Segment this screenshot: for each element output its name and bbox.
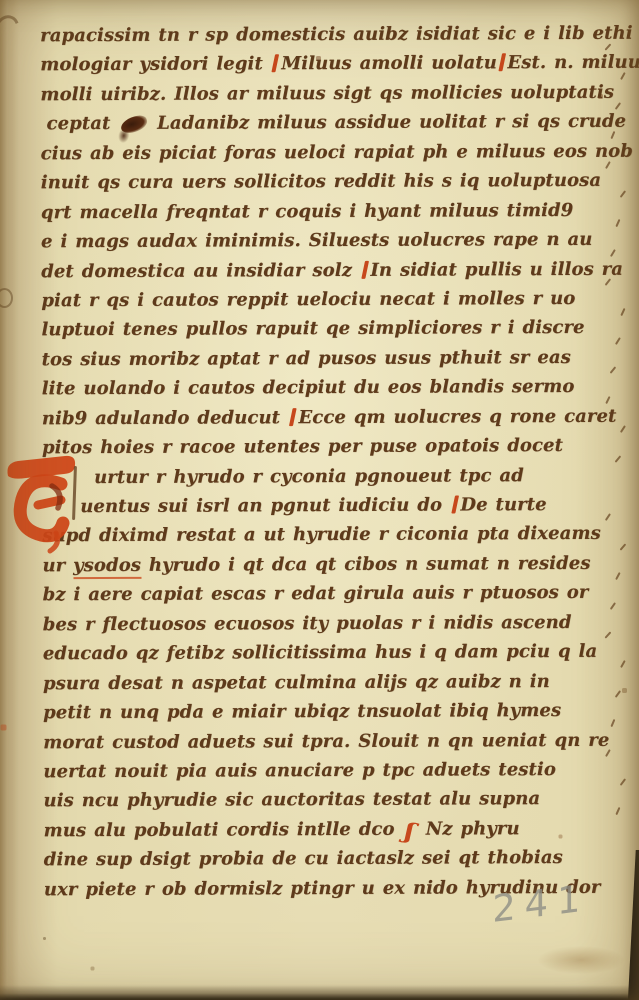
margin-tick xyxy=(620,72,626,80)
manuscript-page: rapacissim tn r sp domesticis auibz isid… xyxy=(0,0,639,1000)
text-segment: lite uolando i cautos decipiut du eos bl… xyxy=(42,376,575,399)
text-segment: hyrudo i qt dca qt cibos n sumat n resid… xyxy=(141,553,591,576)
text-segment: In sidiat pullis u illos ra xyxy=(370,258,623,280)
text-line: nib9 adulando deducut Ecce qm uolucres q… xyxy=(42,401,622,433)
text-segment: ysodos xyxy=(73,555,141,579)
text-segment: mus alu pobulati cordis intlle dco xyxy=(44,819,403,842)
text-segment: det domestica au insidiar solz xyxy=(41,259,360,281)
rubricated-initial-T: T xyxy=(5,452,79,556)
text-segment: Est. n. miluus xyxy=(507,52,639,74)
text-line: qrt macella freqntat r coquis i hyant mi… xyxy=(41,195,621,227)
text-line: molli uiribz. Illos ar miluus sigt qs mo… xyxy=(40,78,620,110)
text-line: mus alu pobulati cordis intlle dco ʃ Nz … xyxy=(44,814,624,846)
text-line: dine sup dsigt probia de cu iactaslz sei… xyxy=(44,843,624,875)
text-line: morat custod aduets sui tpra. Slouit n q… xyxy=(43,725,623,757)
text-line: supd diximd restat a ut hyrudie r ciconi… xyxy=(42,519,622,551)
text-line: uis ncu phyrudie sic auctoritas testat a… xyxy=(43,784,623,816)
text-line: mologiar ysidori legit Miluus amolli uol… xyxy=(40,48,620,80)
text-segment: inuit qs cura uers sollicitos reddit his… xyxy=(41,170,601,193)
text-line: ceptat Ladanibz miluus assidue uolitat r… xyxy=(40,107,620,139)
page-bottom-edge xyxy=(0,985,639,1000)
text-segment: qrt macella freqntat r coquis i hyant mi… xyxy=(41,200,574,223)
text-segment: bz i aere capiat escas r edat girula aui… xyxy=(43,582,589,605)
text-segment: educado qz fetibz sollicitissima hus i q… xyxy=(43,641,597,664)
ink-blot xyxy=(119,114,149,136)
text-segment: rapacissim tn r sp domesticis auibz isid… xyxy=(40,23,633,47)
text-segment: Nz phyru xyxy=(418,818,520,839)
text-segment: Ecce qm uolucres q rone caret xyxy=(298,405,616,427)
text-segment: uertat nouit pia auis anuciare p tpc adu… xyxy=(43,759,556,782)
text-line: piat r qs i cautos reppit uelociu necat … xyxy=(41,284,621,316)
text-line: educado qz fetibz sollicitissima hus i q… xyxy=(43,637,623,669)
text-segment: psura desat n aspetat culmina alijs qz a… xyxy=(43,671,550,694)
text-lines: rapacissim tn r sp domesticis auibz isid… xyxy=(40,19,624,905)
text-segment: morat custod aduets sui tpra. Slouit n q… xyxy=(43,729,609,752)
text-line: inuit qs cura uers sollicitos reddit his… xyxy=(41,166,621,198)
text-line: det domestica au insidiar solz In sidiat… xyxy=(41,254,621,286)
dark-corner xyxy=(626,850,639,1000)
text-line: urtur r hyrudo r cyconia pgnoueut tpc ad xyxy=(42,460,622,492)
text-line: bz i aere capiat escas r edat girula aui… xyxy=(43,578,623,610)
text-segment: piat r qs i cautos reppit uelociu necat … xyxy=(41,288,575,311)
rubric-stroke xyxy=(498,54,505,72)
binding-hole-mark xyxy=(0,12,23,47)
text-line: tos sius moribz aptat r ad pusos usus pt… xyxy=(41,343,621,375)
text-segment: dine sup dsigt probia de cu iactaslz sei… xyxy=(44,847,563,870)
text-segment: Miluus amolli uolatu xyxy=(281,53,497,75)
text-line: luptuoi tenes pullos rapuit qe simplicio… xyxy=(41,313,621,345)
rubric-stroke xyxy=(451,495,458,513)
rubric-stroke xyxy=(361,260,368,278)
stain xyxy=(538,946,624,974)
text-segment: nib9 adulando deducut xyxy=(42,407,288,429)
text-line: uentus sui isrl an pgnut iudiciu do De t… xyxy=(42,490,622,522)
text-segment: e i mags audax iminimis. Siluests uolucr… xyxy=(41,229,592,252)
text-segment: bes r flectuosos ecuosos ity puolas r i … xyxy=(43,612,572,635)
text-segment: petit n unq pda e miair ubiqz tnsuolat i… xyxy=(43,700,561,723)
text-line: ur ysodos hyrudo i qt dca qt cibos n sum… xyxy=(42,549,622,581)
text-segment: molli uiribz. Illos ar miluus sigt qs mo… xyxy=(40,82,614,106)
text-segment: ur xyxy=(42,555,73,576)
text-segment: tos sius moribz aptat r ad pusos usus pt… xyxy=(42,347,571,370)
text-line: lite uolando i cautos decipiut du eos bl… xyxy=(42,372,622,404)
rubric-stroke xyxy=(289,408,296,426)
lombardic-initial-glyph xyxy=(5,452,79,556)
text-block: rapacissim tn r sp domesticis auibz isid… xyxy=(40,19,624,905)
text-line: bes r flectuosos ecuosos ity puolas r i … xyxy=(43,607,623,639)
text-segment: luptuoi tenes pullos rapuit qe simplicio… xyxy=(41,317,584,340)
text-line: psura desat n aspetat culmina alijs qz a… xyxy=(43,666,623,698)
text-segment: uentus sui isrl an pgnut iudiciu do xyxy=(80,494,450,517)
text-segment: De turte xyxy=(460,494,546,515)
text-segment: cius ab eis piciat foras ueloci rapiat p… xyxy=(41,140,633,164)
text-segment: ceptat xyxy=(46,113,118,134)
text-segment: urtur r hyrudo r cyconia pgnoueut tpc ad xyxy=(94,465,524,488)
text-segment: mologiar ysidori legit xyxy=(40,54,271,76)
text-segment: uis ncu phyrudie sic auctoritas testat a… xyxy=(43,788,540,811)
text-line: petit n unq pda e miair ubiqz tnsuolat i… xyxy=(43,696,623,728)
rubric-stroke xyxy=(272,55,279,73)
text-segment: Ladanibz miluus assidue uolitat r si qs … xyxy=(149,111,626,134)
text-line: uertat nouit pia auis anuciare p tpc adu… xyxy=(43,755,623,787)
text-line: pitos hoies r racoe utentes per puse opa… xyxy=(42,431,622,463)
text-segment: pitos hoies r racoe utentes per puse opa… xyxy=(42,435,563,458)
parchment-specks xyxy=(0,0,1,1)
text-segment: supd diximd restat a ut hyrudie r ciconi… xyxy=(42,523,601,546)
text-line: e i mags audax iminimis. Siluests uolucr… xyxy=(41,225,621,257)
text-line: rapacissim tn r sp domesticis auibz isid… xyxy=(40,19,620,51)
